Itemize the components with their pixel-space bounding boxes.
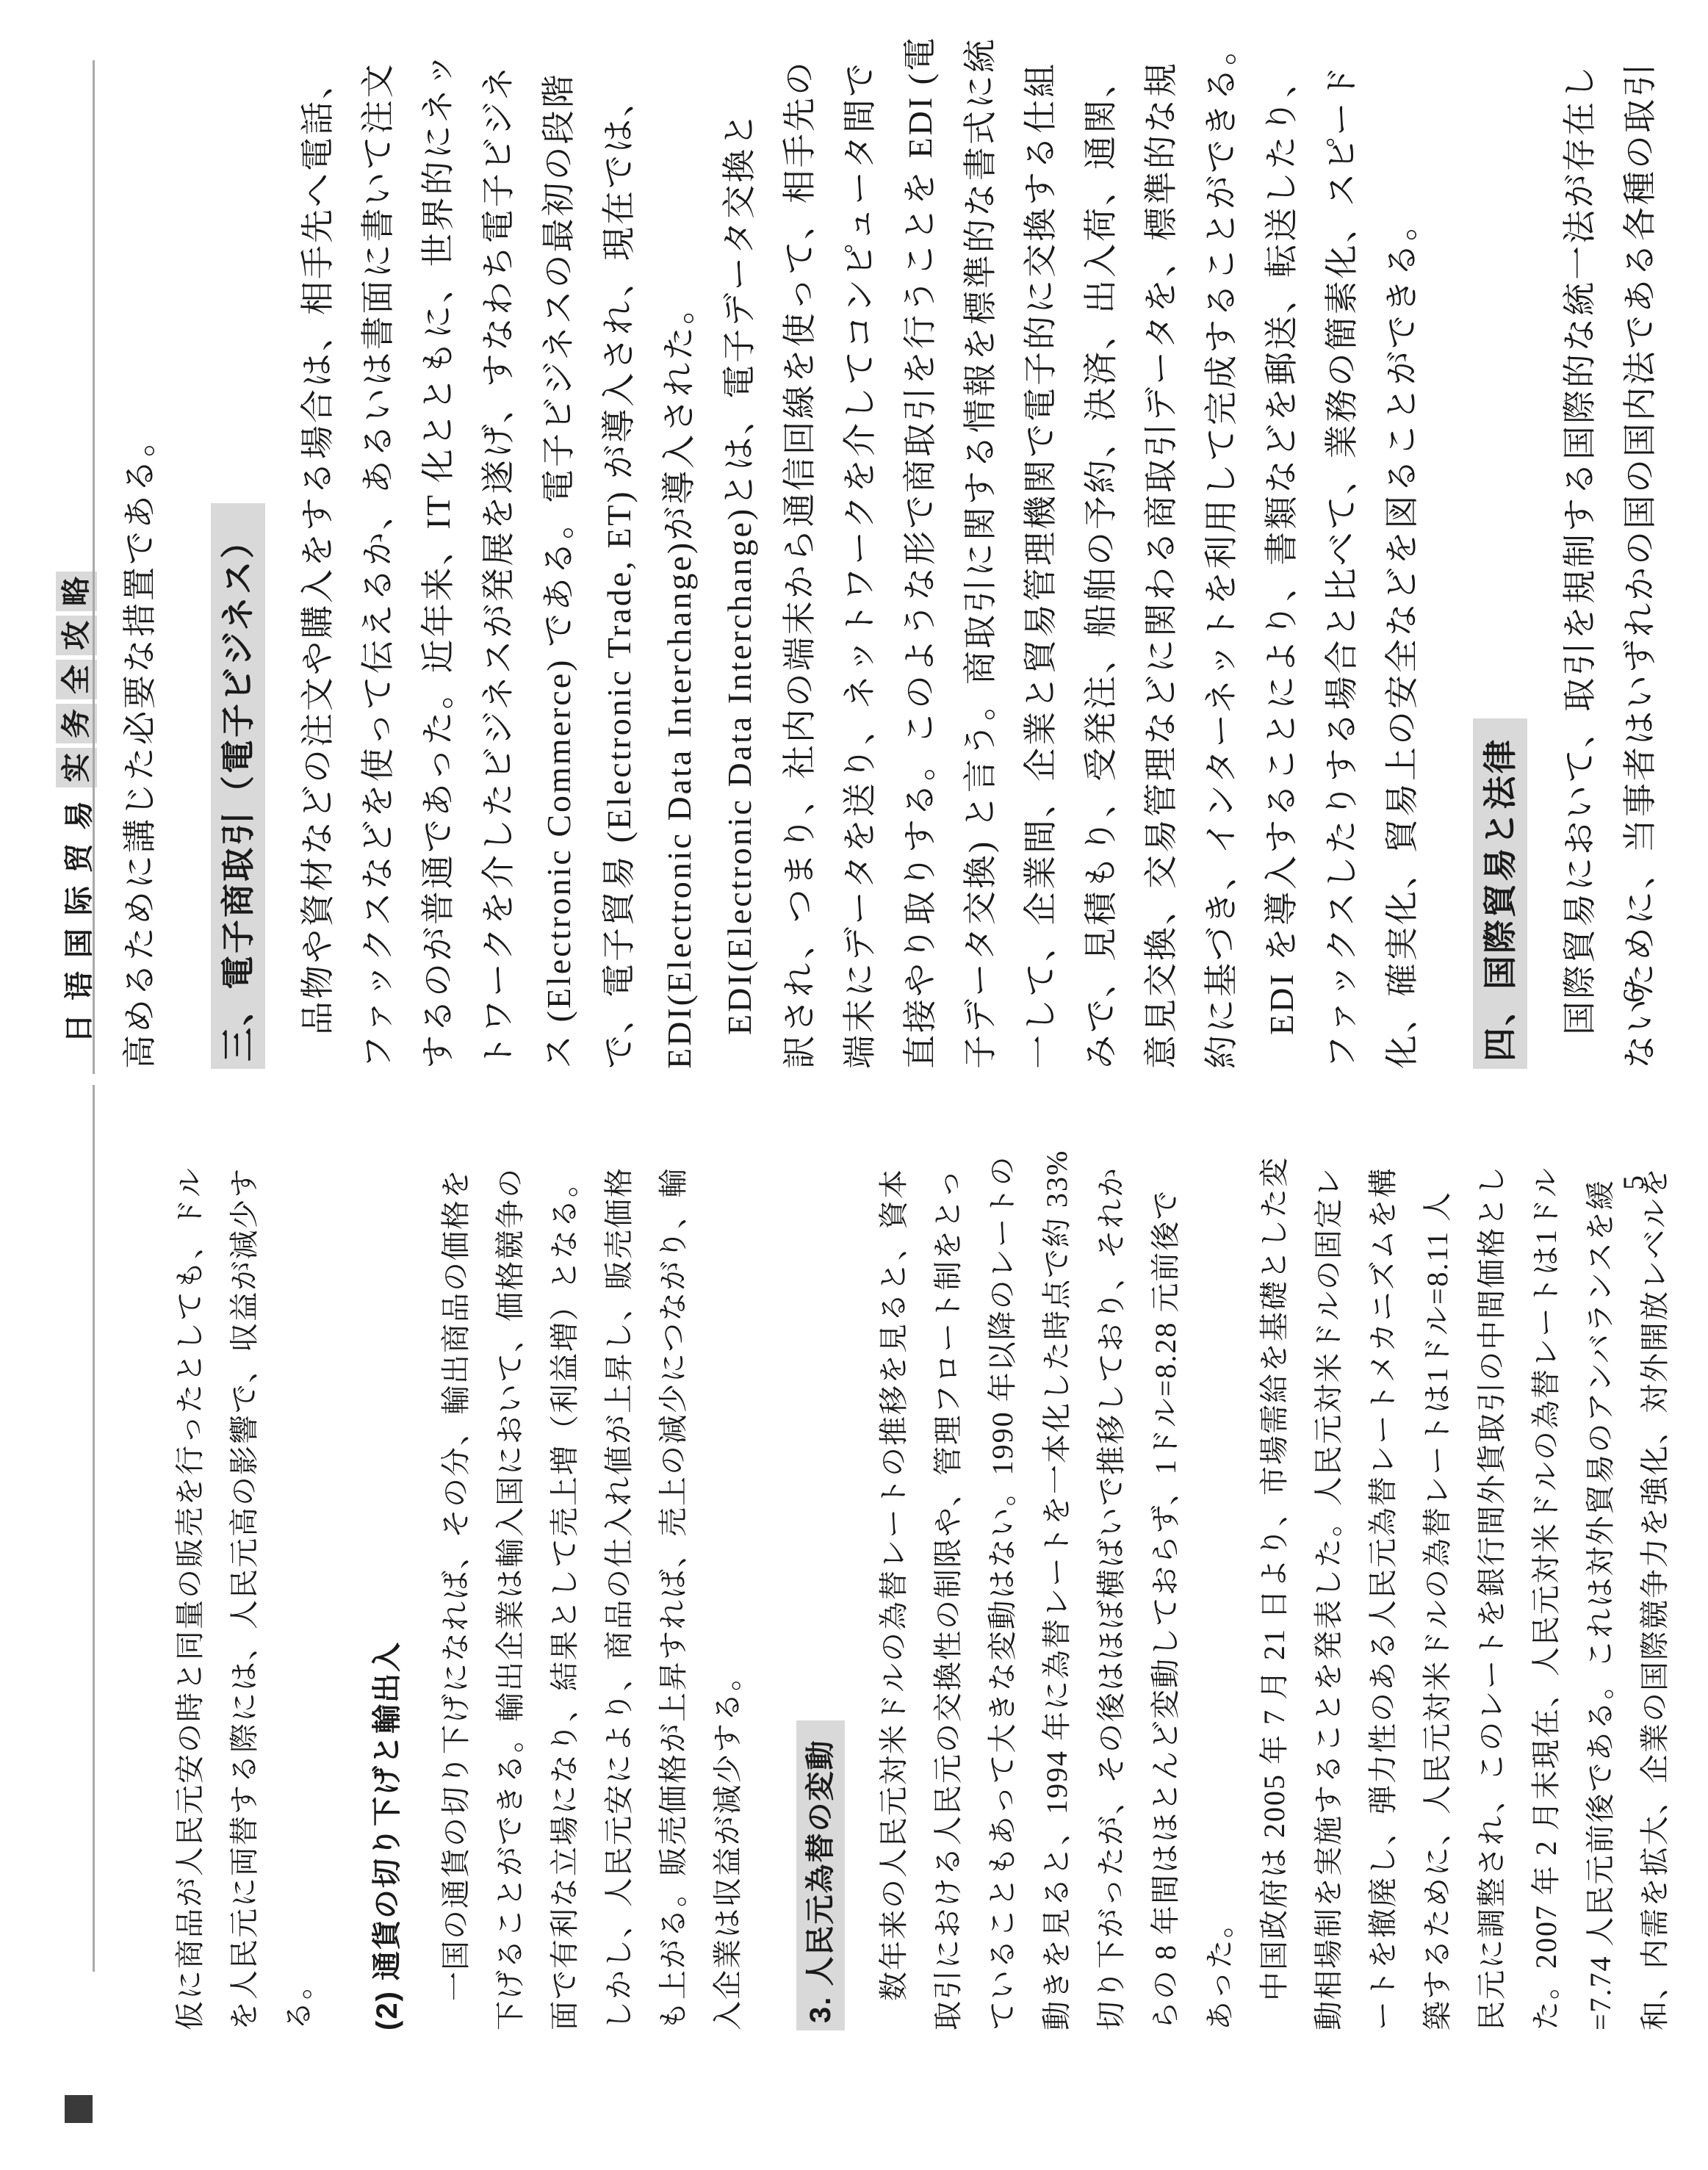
- text-line: ス (Electronic Commerce) である。電子ビジネスの最初の段階: [529, 46, 589, 1069]
- text-line: ないために、当事者はいずれかの国の国内法である各種の取引: [1610, 46, 1671, 1069]
- text-line: しかし、人民元安により、商品の仕入れ値が上昇し、販売価格: [592, 1164, 646, 2030]
- section-heading: (2) 通貨の切り下げと輸出入: [360, 1164, 414, 2030]
- section-heading-highlight: 四、国際貿易と法律: [1473, 718, 1527, 1069]
- text-line: 一して、企業間、企業と貿易管理機関で電子的に交換する仕組: [1011, 46, 1071, 1069]
- text-line: 動相場制を実施することを発表した。人民元対米ドルの固定レ: [1302, 1164, 1356, 2030]
- title-character: 实: [56, 748, 97, 787]
- running-head-highlighted: 实务全攻略: [56, 567, 97, 787]
- text-line: で、電子貿易 (Electronic Trade, ET) が導入され、現在では…: [589, 46, 649, 1069]
- header-rule: [93, 1085, 95, 1972]
- text-line: る。: [272, 1164, 326, 2030]
- text-line: ートを撤廃し、弾力性のある人民元為替レートメカニズムを構: [1356, 1164, 1410, 2030]
- book-spread: 仮に商品が人民元安の時と同量の販売を行ったとしても、ドルを人民元に両替する際には…: [0, 0, 1708, 2170]
- text-line: 高めるために講じた必要な措置である。: [110, 46, 170, 1069]
- title-character: 贸: [62, 843, 97, 873]
- title-character: 语: [62, 971, 97, 1001]
- text-line: 品物や資材などの注文や購入をする場合は、相手先へ電話、: [288, 46, 348, 1069]
- section-heading-highlight: 三、電子商取引（電子ビジネス）: [211, 503, 265, 1069]
- text-line: 端末にデータを送り、ネットワークを介してコンピュータ間で: [830, 46, 890, 1069]
- text-line: 子データ交換) と言う。商取引に関する情報を標準的な書式に統: [951, 46, 1011, 1069]
- title-character: 际: [62, 886, 97, 915]
- text-line: 築するために、人民元対米ドルの為替レートは1ドル=8.11 人: [1410, 1164, 1465, 2030]
- text-line: 入企業は収益が減少する。: [701, 1164, 755, 2030]
- text-line: 仮に商品が人民元安の時と同量の販売を行ったとしても、ドル: [163, 1164, 217, 2030]
- title-character: 务: [56, 704, 97, 743]
- text-line: EDI(Electronic Data Interchange)が導入された。: [649, 46, 710, 1069]
- text-line: 下げることができる。輸出企業は輸入国において、価格競争の: [483, 1164, 538, 2030]
- book-spread-scan: 仮に商品が人民元安の時と同量の販売を行ったとしても、ドルを人民元に両替する際には…: [0, 0, 1708, 2170]
- page-5: 仮に商品が人民元安の時と同量の販売を行ったとしても、ドルを人民元に両替する際には…: [0, 1085, 1708, 2170]
- text-line: ファックスなどを使って伝えるか、あるいは書面に書いて注文: [348, 46, 408, 1069]
- text-line: トワークを介したビジネスが発展を遂げ、すなわち電子ビジネ: [469, 46, 529, 1069]
- header-ornament-square: [65, 2095, 93, 2123]
- section-heading: 四、国際貿易と法律: [1471, 46, 1531, 1069]
- text-line: あった。: [1193, 1164, 1247, 2030]
- text-line: 直接やり取りする。このような形で商取引を行うことを EDI (電: [890, 46, 951, 1069]
- title-character: 日: [62, 1014, 97, 1043]
- title-character: 易: [62, 801, 97, 830]
- title-character: 略: [56, 572, 97, 611]
- title-character: 攻: [56, 616, 97, 655]
- text-line: するのが普通であった。近年来、IT 化とともに、世界的にネッ: [408, 46, 469, 1069]
- text-line: =7.74 人民元前後である。これは対外貿易のアンバランスを緩: [1574, 1164, 1628, 2030]
- text-line: 和、内需を拡大、企業の国際競争力を強化、対外開放レベルを: [1628, 1164, 1682, 2030]
- text-line: らの 8 年間はほとんど変動しておらず、1ドル=8.28 元前後で: [1139, 1164, 1193, 2030]
- text-line: 国際貿易において、取引を規制する国際的な統一法が存在し: [1550, 46, 1610, 1069]
- title-character: 全: [56, 660, 97, 699]
- text-line: 訳され、つまり、社内の端末から通信回線を使って、相手先の: [770, 46, 830, 1069]
- text-line: 一国の通貨の切り下げになれば、その分、輸出商品の価格を: [429, 1164, 483, 2030]
- text-line: EDI(Electronic Data Interchange)とは、電子データ…: [710, 46, 770, 1069]
- text-line: ファックスしたりする場合と比べて、業務の簡素化、スピード: [1312, 46, 1372, 1069]
- page-5-text: 仮に商品が人民元安の時と同量の販売を行ったとしても、ドルを人民元に両替する際には…: [163, 1164, 1682, 2030]
- title-character: 国: [62, 929, 97, 958]
- section-heading: 3. 人民元為替の変動: [793, 1164, 848, 2030]
- text-line: 意見交換、交易管理などに関わる商取引データを、標準的な規: [1131, 46, 1192, 1069]
- page-number: 5: [1616, 1175, 1651, 1190]
- text-line: 切り下がったが、その後はほぼ横ばいで推移しており、それか: [1084, 1164, 1139, 2030]
- text-line: 約に基づき、インターネットを利用して完成することができる。: [1192, 46, 1252, 1069]
- page-6-text: 高めるために講じた必要な措置である。三、電子商取引（電子ビジネス）品物や資材など…: [110, 46, 1671, 1069]
- text-line: EDI を導入することにより、書類などを郵送、転送したり、: [1252, 46, 1312, 1069]
- header-rule: [93, 60, 95, 1074]
- text-line: 取引における人民元の交換性の制限や、管理フロート制をとっ: [921, 1164, 976, 2030]
- text-line: みで、見積もり、受発注、船舶の予約、決済、出入荷、通関、: [1071, 46, 1131, 1069]
- text-line: 面で有利な立場になり、結果として売上増（利益増）となる。: [538, 1164, 592, 2030]
- text-line: 中国政府は 2005 年 7 月 21 日より、市場需給を基礎とした変: [1247, 1164, 1302, 2030]
- text-line: 動きを見ると、1994 年に為替レートを一本化した時点で約 33%: [1030, 1164, 1084, 2030]
- text-line: 数年来の人民元対米ドルの為替レートの推移を見ると、資本: [867, 1164, 921, 2030]
- text-line: も上がる。販売価格が上昇すれば、売上の減少につながり、輸: [646, 1164, 701, 2030]
- text-line: た。2007 年 2 月末現在、人民元対米ドルの為替レートは1ドル: [1519, 1164, 1574, 2030]
- section-heading-highlight: 3. 人民元為替の変動: [796, 1720, 845, 2030]
- page-6: 日语国际贸易 实务全攻略 高めるために講じた必要な措置である。三、電子商取引（電…: [0, 0, 1708, 1085]
- section-heading: 三、電子商取引（電子ビジネス）: [209, 46, 269, 1069]
- running-head-book-title: 日语国际贸易 实务全攻略: [56, 567, 97, 1043]
- page-number: 6: [1616, 988, 1651, 1003]
- running-head-plain: 日语国际贸易: [62, 787, 97, 1043]
- text-line: 化、確実化、貿易上の安全などを図ることができる。: [1372, 46, 1433, 1069]
- text-line: ていることもあって大きな変動はない。1990 年以降のレートの: [976, 1164, 1030, 2030]
- text-line: 民元に調整され、このレートを銀行間外貨取引の中間価格とし: [1465, 1164, 1519, 2030]
- text-line: を人民元に両替する際には、人民元高の影響で、収益が減少す: [217, 1164, 272, 2030]
